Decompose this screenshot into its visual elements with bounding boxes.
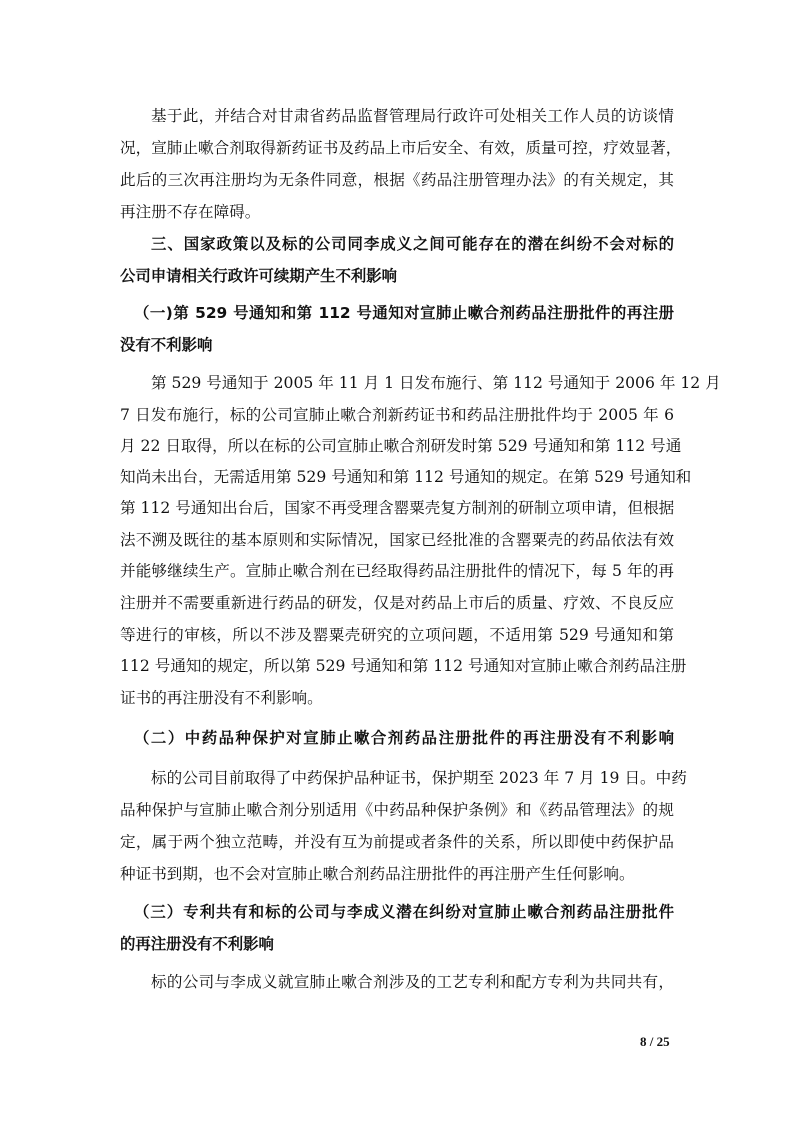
body-line: 标的公司目前取得了中药保护品种证书，保护期至 2023 年 7 月 19 日。中… [120,768,674,788]
body-line: 第 529 号通知于 2005 年 11 月 1 日发布施行、第 112 号通知… [120,373,674,393]
subsection-heading: 没有不利影响 [120,335,674,355]
body-line: 定，属于两个独立范畴，并没有互为前提或者条件的关系，所以即使中药保护品 [120,832,674,852]
body-line: 种证书到期，也不会对宣肺止嗽合剂药品注册批件的再注册产生任何影响。 [120,864,674,884]
body-line: 第 112 号通知出台后，国家不再受理含罂粟壳复方制剂的研制立项申请，但根据 [120,498,674,518]
body-line: 法不溯及既往的基本原则和实际情况，国家已经批准的含罂粟壳的药品依法有效 [120,530,674,550]
body-line: 7 日发布施行，标的公司宣肺止嗽合剂新药证书和药品注册批件均于 2005 年 6 [120,405,674,425]
body-line: 证书的再注册没有不利影响。 [120,688,674,708]
body-line: 等进行的审核，所以不涉及罂粟壳研究的立项问题，不适用第 529 号通知和第 [120,625,674,645]
body-line: 注册并不需要重新进行药品的研发，仅是对药品上市后的质量、疗效、不良反应 [120,593,674,613]
subsection-heading: （三）专利共有和标的公司与李成义潜在纠纷对宣肺止嗽合剂药品注册批件 [120,902,674,922]
body-line: 112 号通知的规定，所以第 529 号通知和第 112 号通知对宣肺止嗽合剂药… [120,656,674,676]
body-line: 此后的三次再注册均为无条件同意，根据《药品注册管理办法》的有关规定，其 [120,170,674,190]
section-heading: 公司申请相关行政许可续期产生不利影响 [120,266,674,286]
section-heading: 三、国家政策以及标的公司同李成义之间可能存在的潜在纠纷不会对标的 [120,234,674,254]
body-line: 并能够继续生产。宣肺止嗽合剂在已经取得药品注册批件的情况下，每 5 年的再 [120,561,674,581]
body-line: 品种保护与宣肺止嗽合剂分别适用《中药品种保护条例》和《药品管理法》的规 [120,800,674,820]
body-line: 月 22 日取得，所以在标的公司宣肺止嗽合剂研发时第 529 号通知和第 112… [120,436,674,456]
body-line: 知尚未出台，无需适用第 529 号通知和第 112 号通知的规定。在第 529 … [120,467,674,487]
page-number: 8 / 25 [640,1034,670,1050]
body-line: 况，宣肺止嗽合剂取得新药证书及药品上市后安全、有效，质量可控，疗效显著， [120,138,674,158]
body-line: 标的公司与李成义就宣肺止嗽合剂涉及的工艺专利和配方专利为共同共有， [120,972,674,992]
body-line: 再注册不存在障碍。 [120,202,674,222]
body-line: 基于此，并结合对甘肃省药品监督管理局行政许可处相关工作人员的访谈情 [120,106,674,126]
subsection-heading: （一)第 529 号通知和第 112 号通知对宣肺止嗽合剂药品注册批件的再注册 [120,303,674,323]
subsection-heading: （二）中药品种保护对宣肺止嗽合剂药品注册批件的再注册没有不利影响 [120,728,674,748]
subsection-heading: 的再注册没有不利影响 [120,934,674,954]
